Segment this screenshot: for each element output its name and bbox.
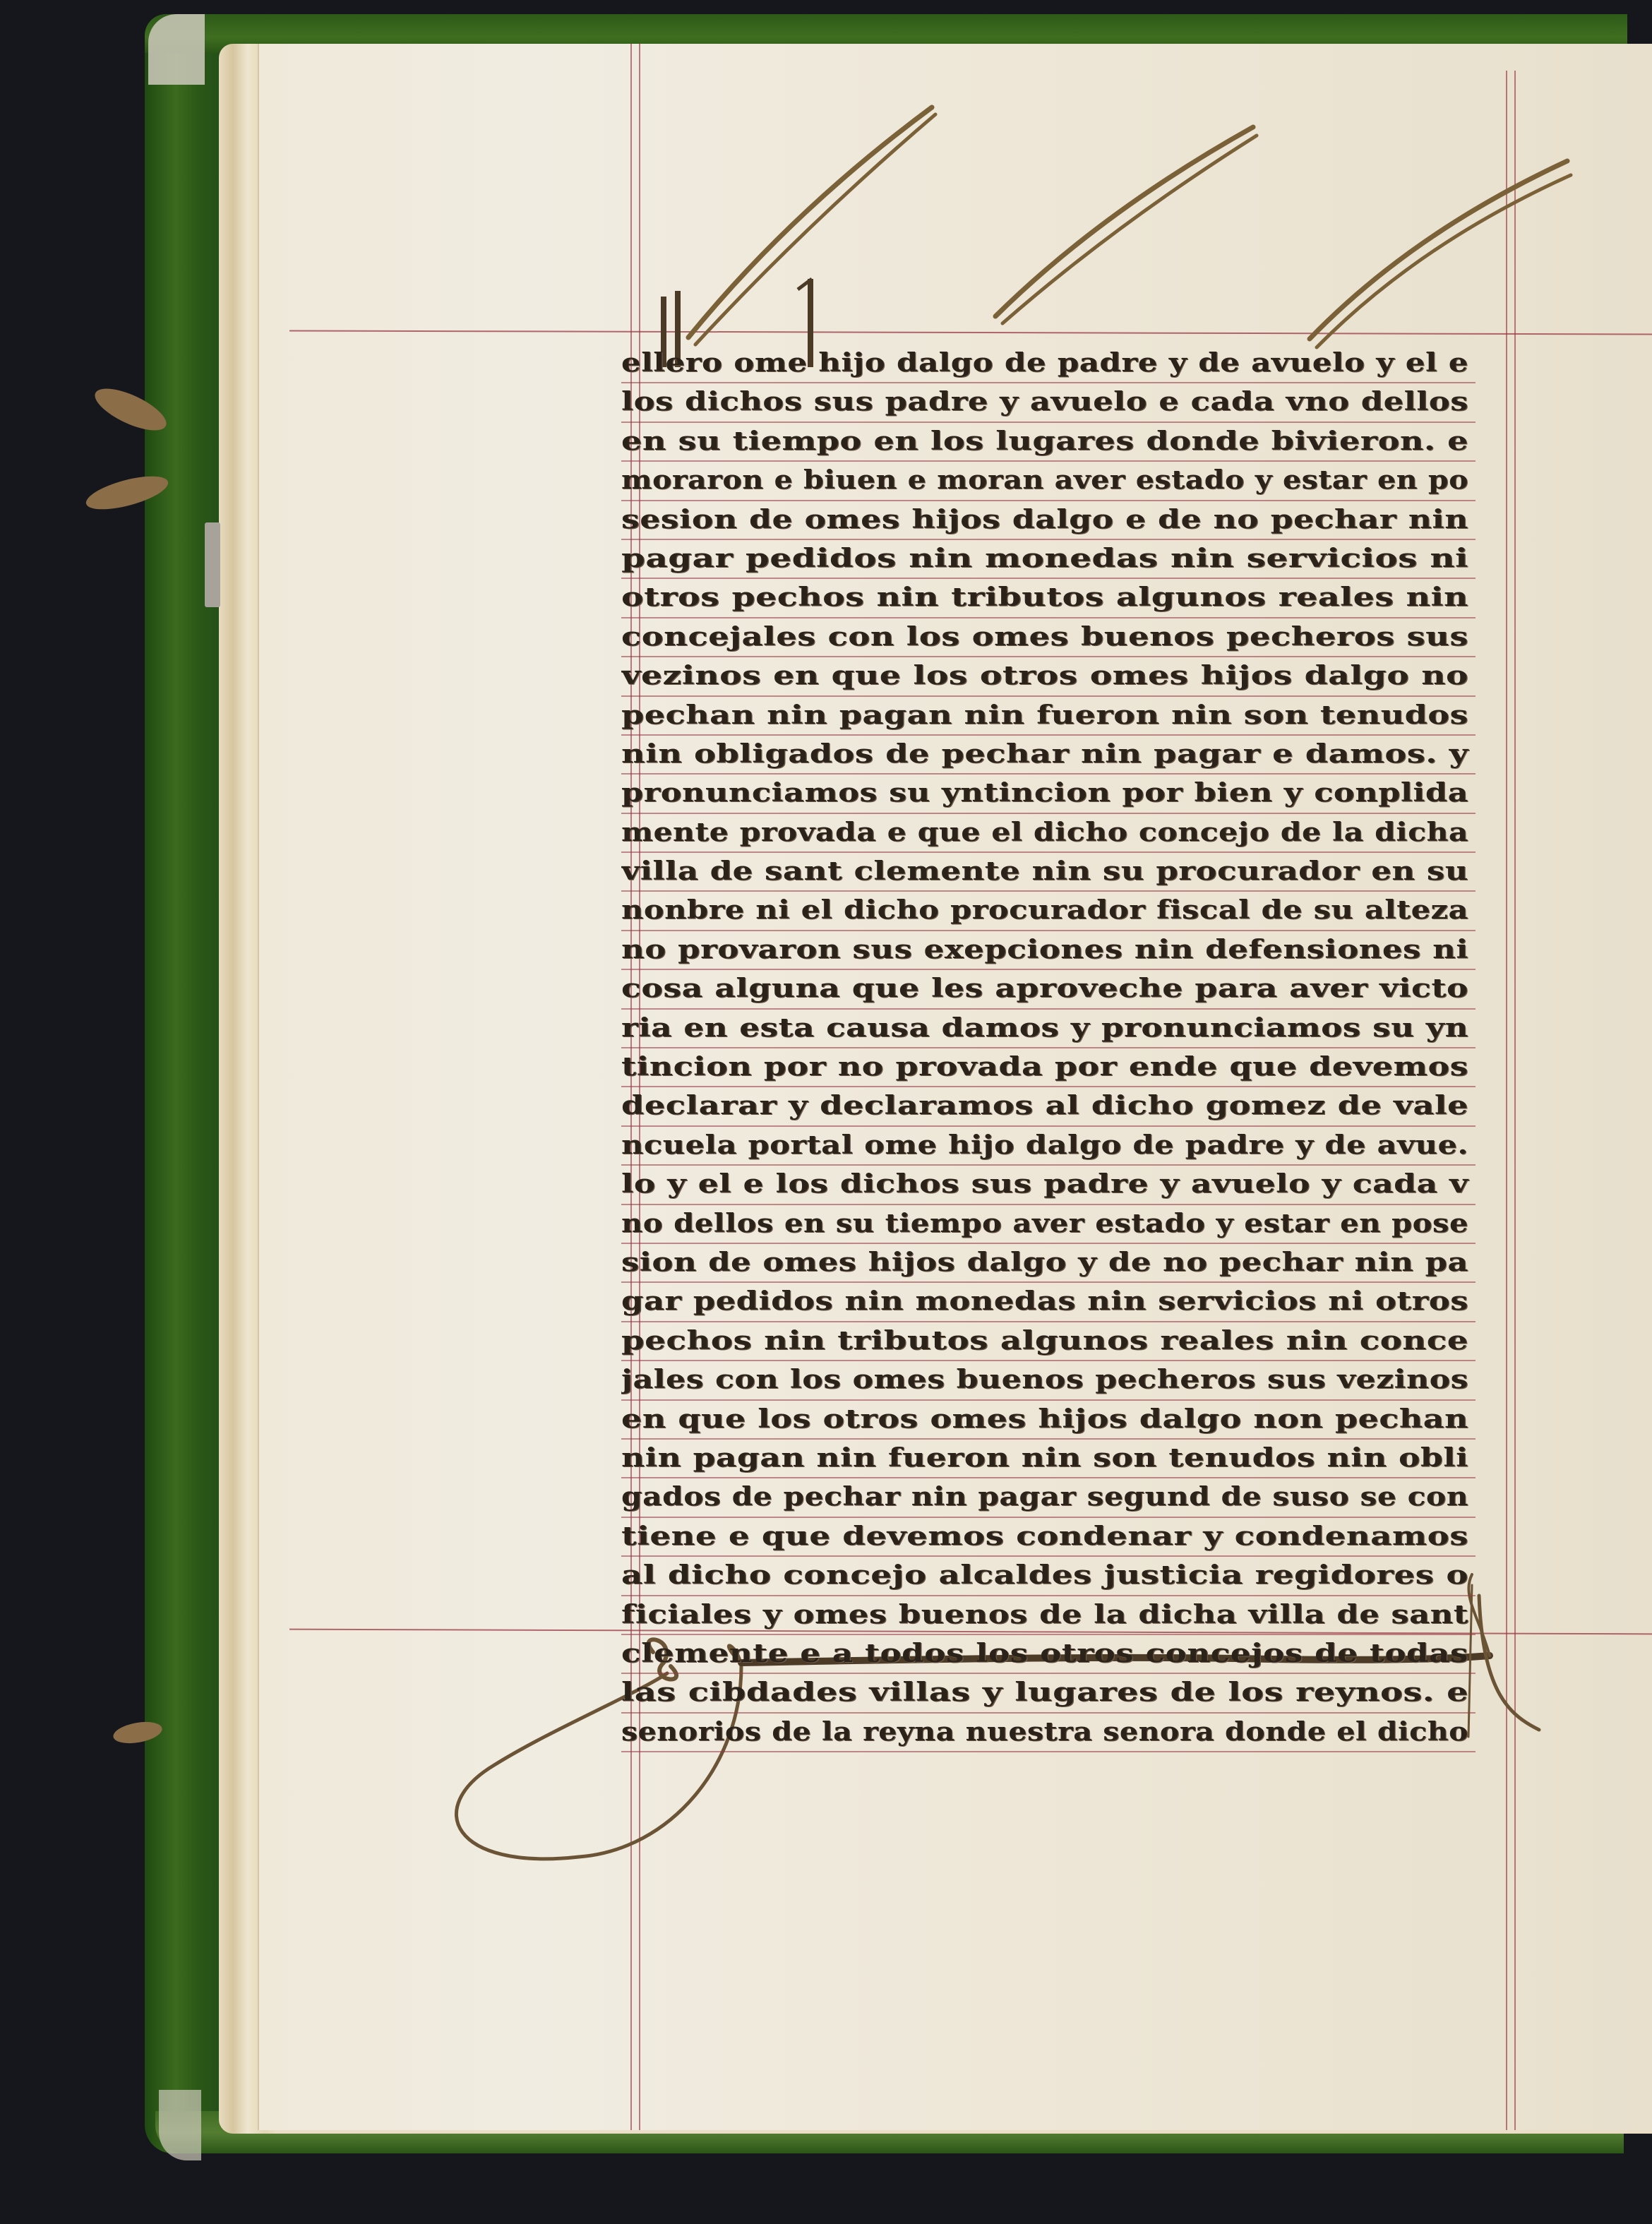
text-line: pagar pedidos nin monedas nin servicios …	[621, 540, 1476, 579]
text-line: nonbre ni el dicho procurador fiscal de …	[621, 892, 1476, 931]
text-line: ellero ome hijo dalgo de padre y de avue…	[621, 345, 1476, 383]
text-line: tincion por no provada por ende que deve…	[621, 1048, 1476, 1087]
text-line: jales con los omes buenos pecheros sus v…	[621, 1361, 1476, 1400]
text-line: cosa alguna que les aproveche para aver …	[621, 970, 1476, 1009]
text-line: los dichos sus padre y avuelo e cada vno…	[621, 383, 1476, 422]
text-line: moraron e biuen e moran aver estado y es…	[621, 462, 1476, 501]
text-line: las cibdades villas y lugares de los rey…	[621, 1674, 1476, 1713]
text-line: lo y el e los dichos sus padre y avuelo …	[621, 1166, 1476, 1204]
text-line: ficiales y omes buenos de la dicha villa…	[621, 1596, 1476, 1635]
text-line: villa de sant clemente nin su procurador…	[621, 853, 1476, 892]
text-line: mente provada e que el dicho concejo de …	[621, 814, 1476, 853]
text-line: gar pedidos nin monedas nin servicios ni…	[621, 1283, 1476, 1322]
text-line: ria en esta causa damos y pronunciamos s…	[621, 1010, 1476, 1048]
text-line: senorios de la reyna nuestra senora dond…	[621, 1714, 1476, 1752]
text-line: sesion de omes hijos dalgo e de no pecha…	[621, 501, 1476, 540]
text-line: concejales con los omes buenos pecheros …	[621, 618, 1476, 657]
text-line: nin pagan nin fueron nin son tenudos nin…	[621, 1440, 1476, 1478]
text-line: pronunciamos su yntincion por bien y con…	[621, 775, 1476, 813]
text-line: clemente e a todos los otros concejos de…	[621, 1635, 1476, 1674]
text-line: ncuela portal ome hijo dalgo de padre y …	[621, 1127, 1476, 1166]
text-line: nin obligados de pechar nin pagar e damo…	[621, 736, 1476, 775]
text-line: gados de pechar nin pagar segund de suso…	[621, 1478, 1476, 1517]
text-line: no dellos en su tiempo aver estado y est…	[621, 1205, 1476, 1244]
text-line: pechan nin pagan nin fueron nin son tenu…	[621, 697, 1476, 736]
text-line: sion de omes hijos dalgo y de no pechar …	[621, 1244, 1476, 1283]
text-line: otros pechos nin tributos algunos reales…	[621, 579, 1476, 618]
text-line: vezinos en que los otros omes hijos dalg…	[621, 657, 1476, 696]
manuscript-text-block: ellero ome hijo dalgo de padre y de avue…	[621, 345, 1476, 1752]
text-line: declarar y declaramos al dicho gomez de …	[621, 1087, 1476, 1126]
text-line: en su tiempo en los lugares donde bivier…	[621, 423, 1476, 462]
text-line: en que los otros omes hijos dalgo non pe…	[621, 1401, 1476, 1440]
text-line: pechos nin tributos algunos reales nin c…	[621, 1322, 1476, 1361]
text-line: al dicho concejo alcaldes justicia regid…	[621, 1557, 1476, 1596]
text-line: tiene e que devemos condenar y condenamo…	[621, 1518, 1476, 1557]
text-line: no provaron sus exepciones nin defension…	[621, 931, 1476, 970]
